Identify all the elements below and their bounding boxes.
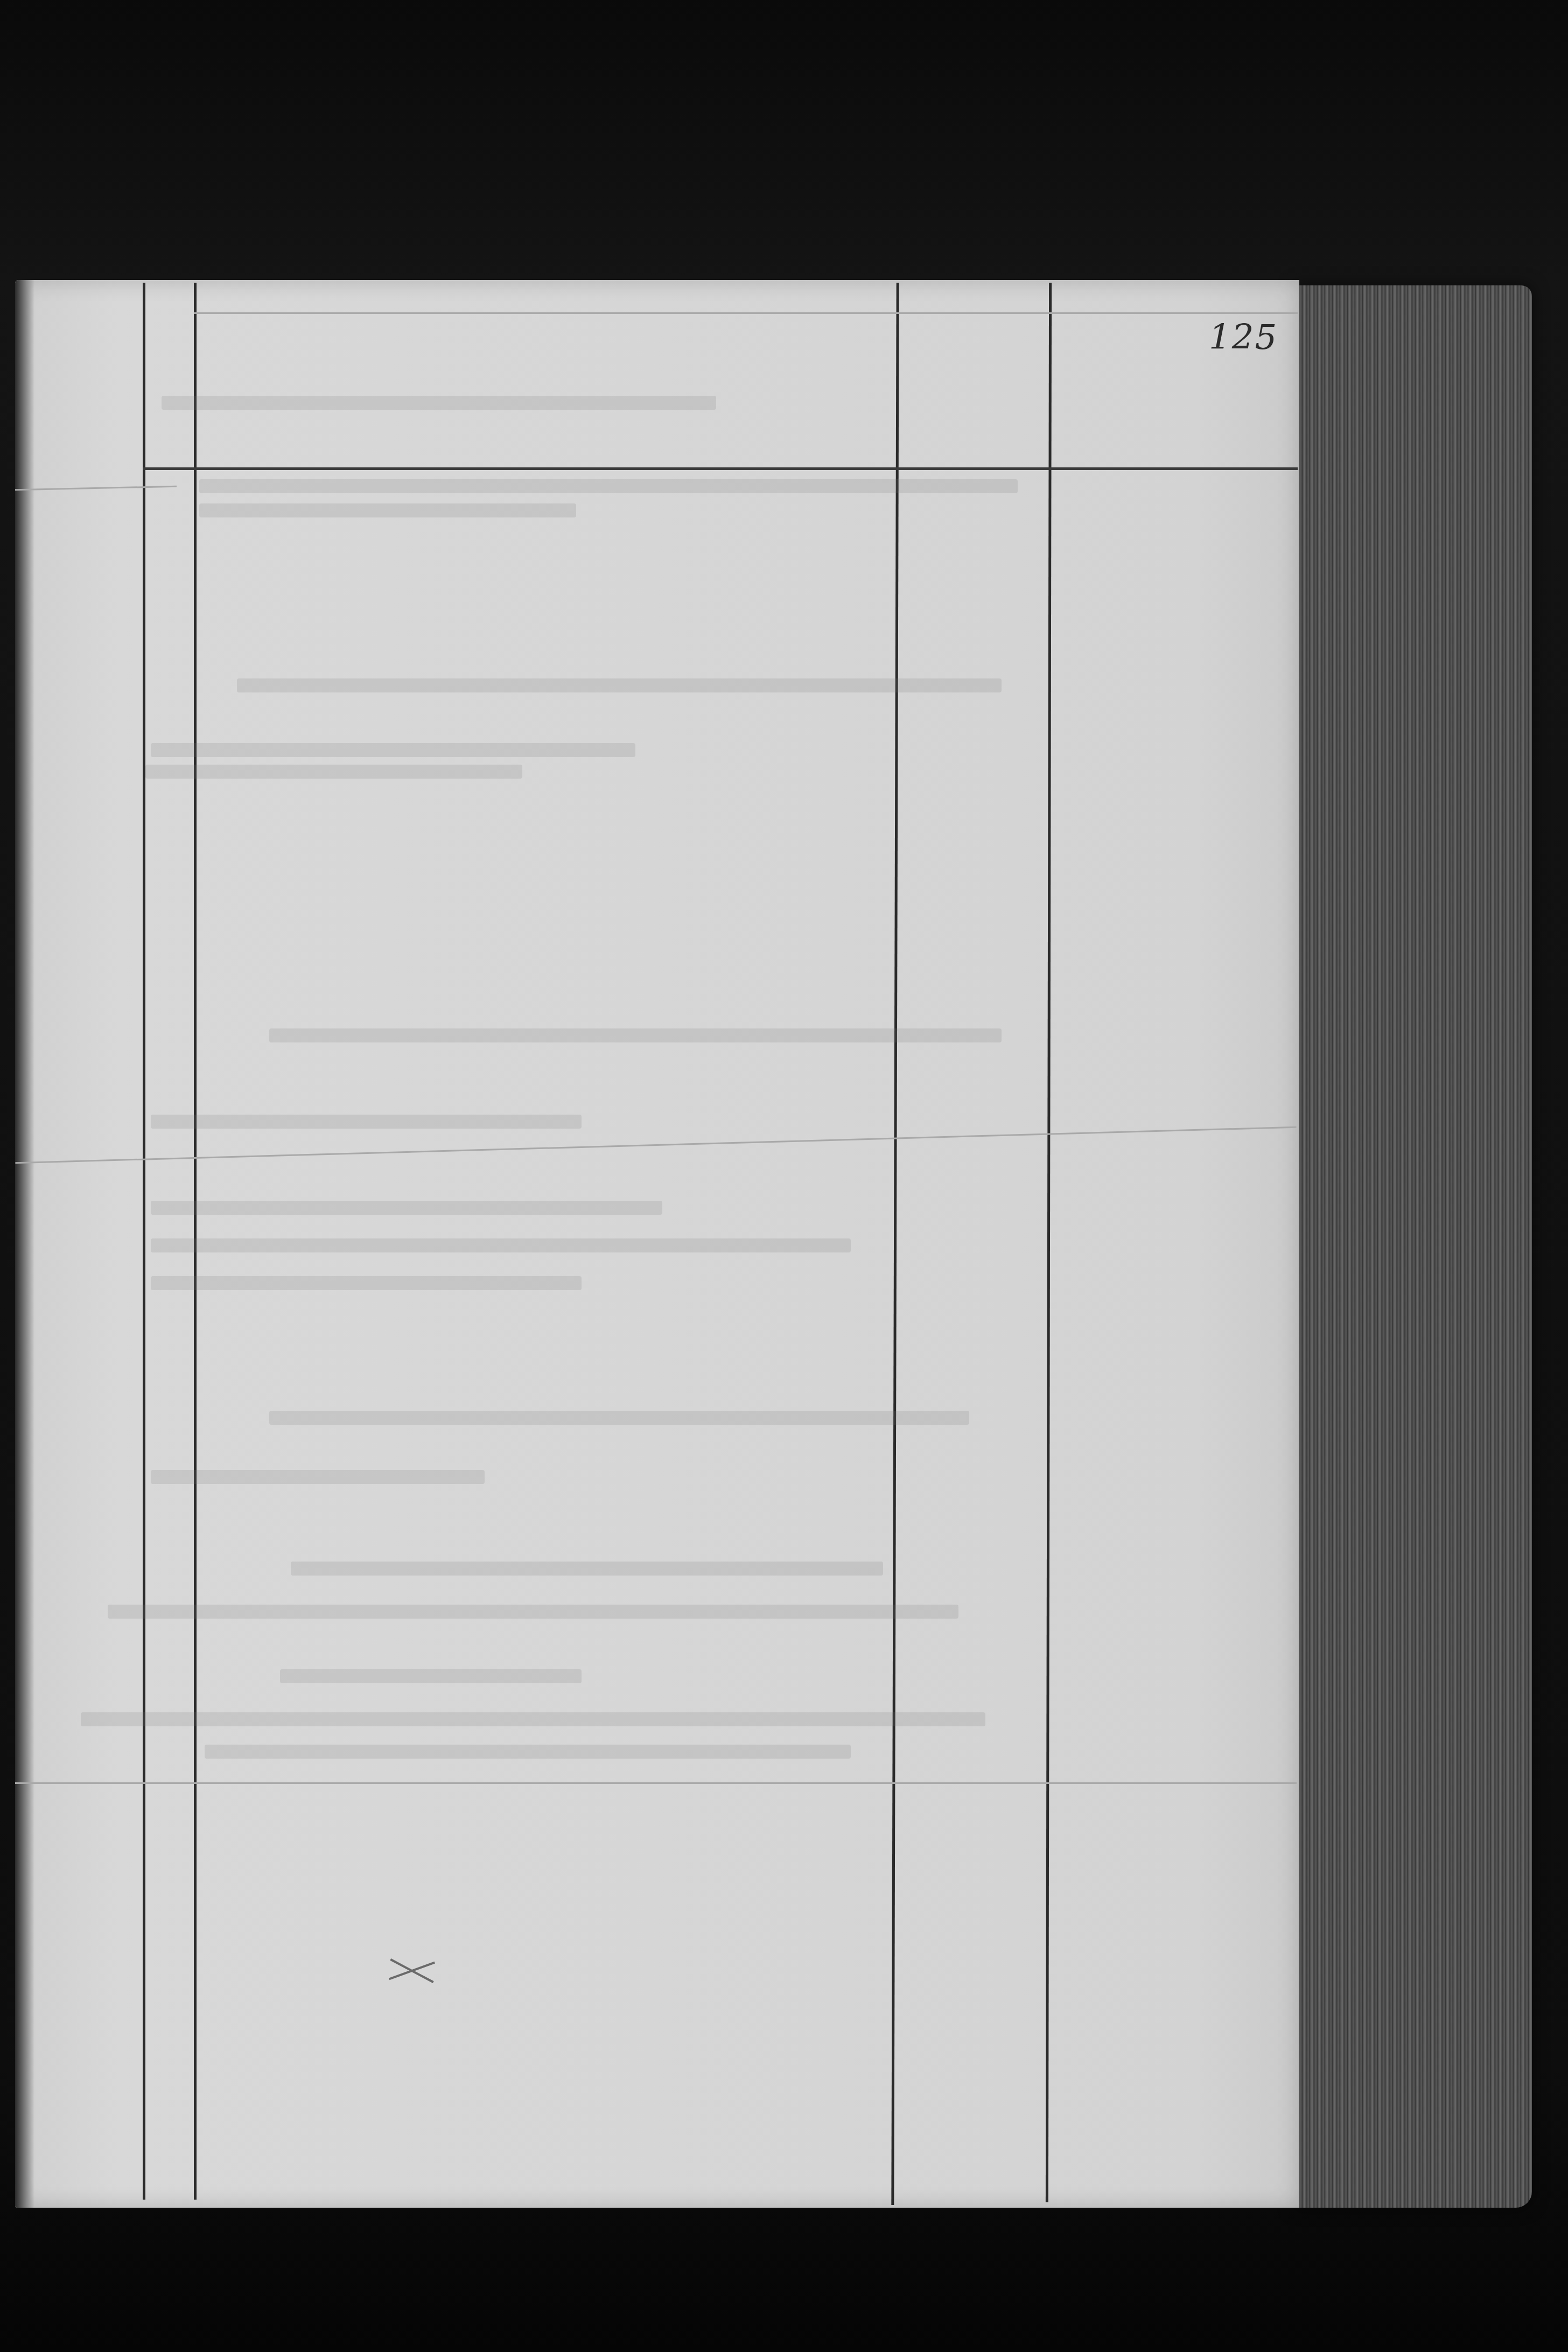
header-rule: [143, 467, 1298, 470]
page-number: 125: [1209, 318, 1278, 358]
bleed-through-text: [108, 1605, 958, 1619]
pencil-cross-mark: [388, 1955, 436, 1987]
bleed-through-text: [151, 1238, 851, 1252]
bleed-through-text: [269, 1411, 969, 1425]
bleed-through-text: [151, 1201, 662, 1215]
bleed-through-text: [145, 765, 522, 779]
bleed-through-text: [151, 743, 635, 757]
bleed-through-text: [199, 479, 1018, 493]
bleed-through-text: [280, 1669, 582, 1683]
bleed-through-text: [151, 1470, 485, 1484]
column-rule-1: [143, 283, 145, 2200]
bleed-through-text: [151, 1115, 582, 1129]
bleed-through-text: [199, 503, 576, 517]
top-faint-rule: [194, 312, 1298, 314]
bleed-through-text: [291, 1562, 883, 1576]
bleed-through-text: [269, 1028, 1002, 1042]
book-page-edges: [1295, 285, 1532, 2208]
bleed-through-text: [162, 396, 716, 410]
bottom-rule: [15, 1782, 1297, 1784]
bleed-through-text: [237, 678, 1002, 692]
bleed-through-text: [81, 1712, 985, 1726]
bleed-through-text: [151, 1276, 582, 1290]
spine-shadow: [15, 280, 34, 2208]
bleed-through-text: [205, 1745, 851, 1759]
